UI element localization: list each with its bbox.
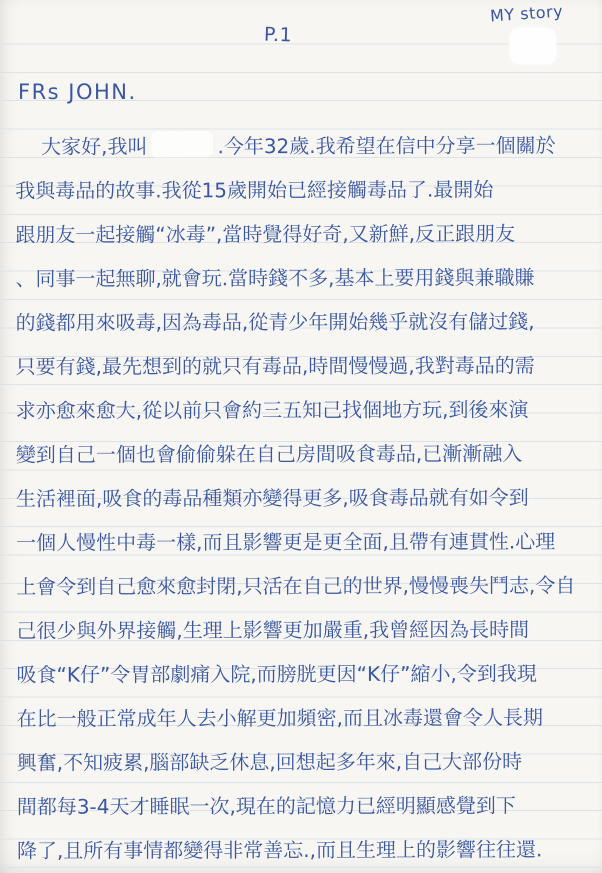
body-line: 求亦愈來愈大,從以前只會約三五知己找個地方玩,到後來演 (16, 385, 600, 431)
body-line: 只要有錢,最先想到的就只有毒品,時間慢慢過,我對毒品的需 (16, 341, 600, 387)
whiteout-patch (510, 28, 556, 64)
body-line: 生活裡面,吸食的毒品種類亦變得更多,吸食毒品就有如令到 (16, 473, 600, 519)
page-number: P.1 (264, 24, 293, 47)
letter-body: 大家好,我叫 .今年32歲.我希望在信中分享一個關於 我與毒品的故事.我從15歲… (15, 121, 601, 871)
body-line: 興奮,不知疲累,腦部缺乏休息,回想起多年來,自己大部份時 (17, 737, 601, 783)
body-line: 間都每3-4天才睡眠一次,現在的記憶力已經明顯感覺到下 (17, 781, 601, 827)
body-line: 上會令到自己愈來愈封閉,只活在自己的世界,慢慢喪失鬥志,令自 (16, 561, 600, 607)
body-line: 大家好,我叫 .今年32歲.我希望在信中分享一個關於 (15, 121, 599, 167)
body-line: 一個人慢性中毒一樣,而且影響更是更全面,且帶有連貫性.心理 (16, 517, 600, 563)
body-line: 吸食“K仔”令胃部劇痛入院,而膀胱更因“K仔”縮小,令到我現 (16, 649, 600, 695)
body-line: 我與毒品的故事.我從15歲開始已經接觸毒品了.最開始 (15, 165, 599, 211)
body-line: 、同事一起無聊,就會玩.當時錢不多,基本上要用錢與兼職賺 (15, 253, 599, 299)
body-line: 己很少與外界接觸,生理上影響更加嚴重,我曾經因為長時間 (16, 605, 600, 651)
body-line: 變到自己一個也會偷偷躲在自己房間吸食毒品,已漸漸融入 (16, 429, 600, 475)
opening-post: .今年32歲.我希望在信中分享一個關於 (217, 129, 555, 159)
body-line: 在比一般正常成年人去小解更加頻密,而且冰毒還會令人長期 (17, 693, 601, 739)
body-line: 跟朋友一起接觸“冰毒”,當時覺得好奇,又新鮮,反正跟朋友 (15, 209, 599, 255)
header-note: MY story (489, 1, 563, 25)
redacted-name-whiteout (151, 131, 213, 157)
body-line: 的錢都用來吸毒,因為毒品,從青少年開始幾乎就沒有儲过錢, (15, 297, 599, 343)
letter-page: MY story P.1 FRs JOHN. 大家好,我叫 .今年32歲.我希望… (0, 0, 602, 873)
opening-pre: 大家好,我叫 (41, 130, 147, 159)
body-line: 降了,且所有事情都變得非常善忘.,而且生理上的影響往往還. (17, 825, 601, 871)
salutation: FRs JOHN. (18, 80, 137, 104)
